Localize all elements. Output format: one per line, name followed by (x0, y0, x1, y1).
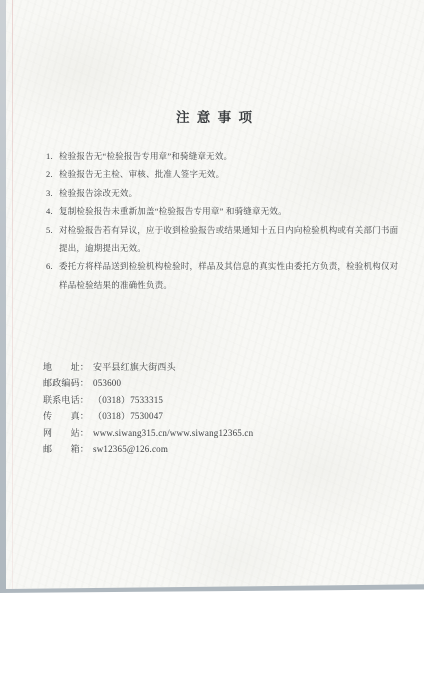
notice-number: 3. (46, 184, 59, 202)
contact-label: 联系电话： (43, 392, 93, 408)
notice-text: 复制检验报告未重新加盖“检验报告专用章” 和骑缝章无效。 (59, 202, 399, 220)
contact-row-website: 网 站： www.siwang315.cn/www.siwang12365.cn (43, 425, 394, 441)
notice-text: 检验报告涂改无效。 (59, 184, 399, 202)
contact-label: 邮政编码： (43, 375, 93, 391)
document-page: 注 意 事 项 1. 检验报告无“检验报告专用章”和骑缝章无效。 2. 检验报告… (6, 0, 424, 589)
contact-value: sw12365@126.com (93, 441, 394, 457)
notice-number: 5. (46, 221, 59, 239)
notice-item-3: 3. 检验报告涂改无效。 (46, 184, 399, 202)
notice-item-5: 5. 对检验报告若有异议，应于收到检验报告或结果通知十五日内向检验机构或有关部门… (46, 221, 399, 258)
notice-number: 1. (46, 147, 59, 165)
notice-text: 对检验报告若有异议，应于收到检验报告或结果通知十五日内向检验机构或有关部门书面提… (59, 221, 399, 258)
notice-item-6: 6. 委托方将样品送到检验机构检验时，样品及其信息的真实性由委托方负责，检验机构… (46, 257, 399, 294)
contact-row-postcode: 邮政编码： 053600 (43, 375, 394, 391)
notice-text: 检验报告无主检、审核、批准人签字无效。 (59, 165, 399, 183)
contact-row-phone: 联系电话： （0318）7533315 (43, 392, 394, 408)
contact-label: 邮 箱： (43, 441, 93, 457)
contact-row-email: 邮 箱： sw12365@126.com (43, 441, 394, 457)
contact-row-fax: 传 真： （0318）7530047 (43, 408, 394, 424)
contact-row-address: 地 址： 安平县红旗大街西头 (43, 359, 394, 375)
notice-number: 4. (46, 202, 59, 220)
notice-item-2: 2. 检验报告无主检、审核、批准人签字无效。 (46, 165, 399, 183)
contact-value: （0318）7530047 (93, 408, 394, 424)
notice-number: 2. (46, 165, 59, 183)
contact-value: 053600 (93, 375, 394, 391)
contact-label: 地 址： (43, 359, 93, 375)
contact-block: 地 址： 安平县红旗大街西头 邮政编码： 053600 联系电话： （0318）… (43, 359, 394, 457)
scan-canvas: 注 意 事 项 1. 检验报告无“检验报告专用章”和骑缝章无效。 2. 检验报告… (0, 0, 424, 700)
contact-value: 安平县红旗大街西头 (93, 359, 394, 375)
contact-value: www.siwang315.cn/www.siwang12365.cn (93, 425, 394, 441)
notice-item-1: 1. 检验报告无“检验报告专用章”和骑缝章无效。 (46, 147, 399, 165)
notice-text: 委托方将样品送到检验机构检验时，样品及其信息的真实性由委托方负责，检验机构仅对样… (59, 257, 399, 294)
notice-item-4: 4. 复制检验报告未重新加盖“检验报告专用章” 和骑缝章无效。 (46, 202, 399, 220)
notice-number: 6. (46, 257, 59, 275)
contact-value: （0318）7533315 (93, 392, 394, 408)
page-title: 注 意 事 项 (6, 106, 424, 126)
contact-label: 传 真： (43, 408, 93, 424)
page-crease-line (12, 0, 13, 589)
contact-label: 网 站： (43, 425, 93, 441)
notice-text: 检验报告无“检验报告专用章”和骑缝章无效。 (59, 147, 399, 165)
notice-list: 1. 检验报告无“检验报告专用章”和骑缝章无效。 2. 检验报告无主检、审核、批… (46, 147, 399, 294)
